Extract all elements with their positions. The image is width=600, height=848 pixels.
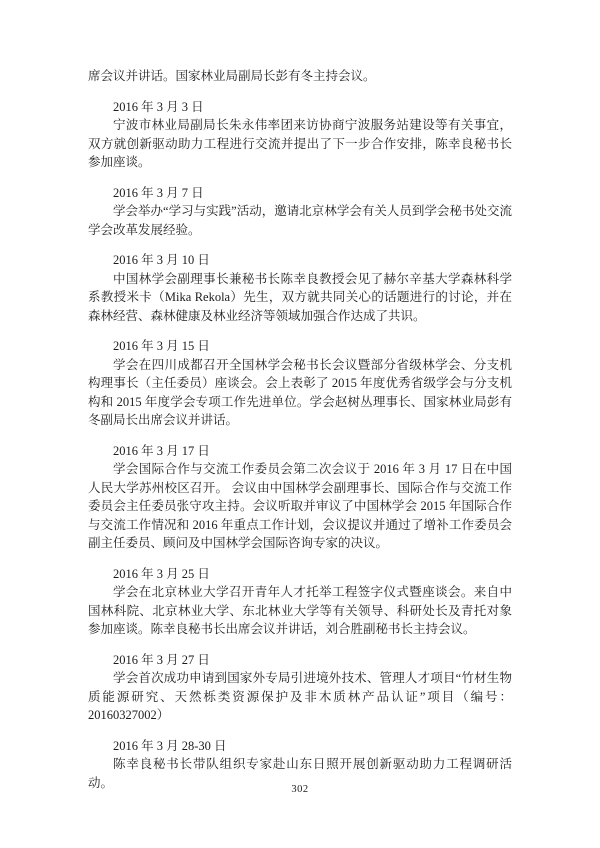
entry-text: 宁波市林业局副局长朱永伟率团来访协商宁波服务站建设等有关事宜，双方就创新驱动助力…: [88, 116, 512, 172]
entry-date: 2016 年 3 月 17 日: [88, 442, 512, 461]
page-content: 席会议并讲话。国家林业局副局长彭有冬主持会议。 2016 年 3 月 3 日 宁…: [88, 67, 512, 792]
entry-date: 2016 年 3 月 15 日: [88, 337, 512, 356]
entry-date: 2016 年 3 月 25 日: [88, 565, 512, 584]
diary-entry: 2016 年 3 月 3 日 宁波市林业局副局长朱永伟率团来访协商宁波服务站建设…: [88, 98, 512, 172]
entry-text: 学会在北京林业大学召开青年人才托举工程签字仪式暨座谈会。来自中国林科院、北京林业…: [88, 583, 512, 639]
entry-text: 学会国际合作与交流工作委员会第二次会议于 2016 年 3 月 17 日在中国人…: [88, 460, 512, 553]
entry-date: 2016 年 3 月 28-30 日: [88, 737, 512, 756]
diary-entry: 2016 年 3 月 25 日 学会在北京林业大学召开青年人才托举工程签字仪式暨…: [88, 565, 512, 639]
diary-entry: 2016 年 3 月 27 日 学会首次成功申请到国家外专局引进境外技术、管理人…: [88, 651, 512, 725]
entries-list: 2016 年 3 月 3 日 宁波市林业局副局长朱永伟率团来访协商宁波服务站建设…: [88, 98, 512, 793]
entry-text: 学会在四川成都召开全国林学会秘书长会议暨部分省级林学会、分支机构理事长（主任委员…: [88, 356, 512, 430]
entry-text: 学会举办“学习与实践”活动，邀请北京林学会有关人员到学会秘书处交流学会改革发展经…: [88, 202, 512, 239]
diary-entry: 2016 年 3 月 7 日 学会举办“学习与实践”活动，邀请北京林学会有关人员…: [88, 184, 512, 240]
diary-entry: 2016 年 3 月 17 日 学会国际合作与交流工作委员会第二次会议于 201…: [88, 442, 512, 553]
entry-date: 2016 年 3 月 10 日: [88, 251, 512, 270]
diary-entry: 2016 年 3 月 10 日 中国林学会副理事长兼秘书长陈幸良教授会见了赫尔辛…: [88, 251, 512, 325]
diary-entry: 2016 年 3 月 15 日 学会在四川成都召开全国林学会秘书长会议暨部分省级…: [88, 337, 512, 430]
entry-text: 中国林学会副理事长兼秘书长陈幸良教授会见了赫尔辛基大学森林科学系教授米卡（Mik…: [88, 270, 512, 326]
page-number: 302: [0, 784, 600, 795]
continuation-paragraph: 席会议并讲话。国家林业局副局长彭有冬主持会议。: [88, 67, 512, 86]
entry-text: 学会首次成功申请到国家外专局引进境外技术、管理人才项目“竹材生物质能源研究、天然…: [88, 669, 512, 725]
document-page: 席会议并讲话。国家林业局副局长彭有冬主持会议。 2016 年 3 月 3 日 宁…: [0, 0, 600, 848]
entry-date: 2016 年 3 月 27 日: [88, 651, 512, 670]
entry-date: 2016 年 3 月 7 日: [88, 184, 512, 203]
entry-date: 2016 年 3 月 3 日: [88, 98, 512, 117]
